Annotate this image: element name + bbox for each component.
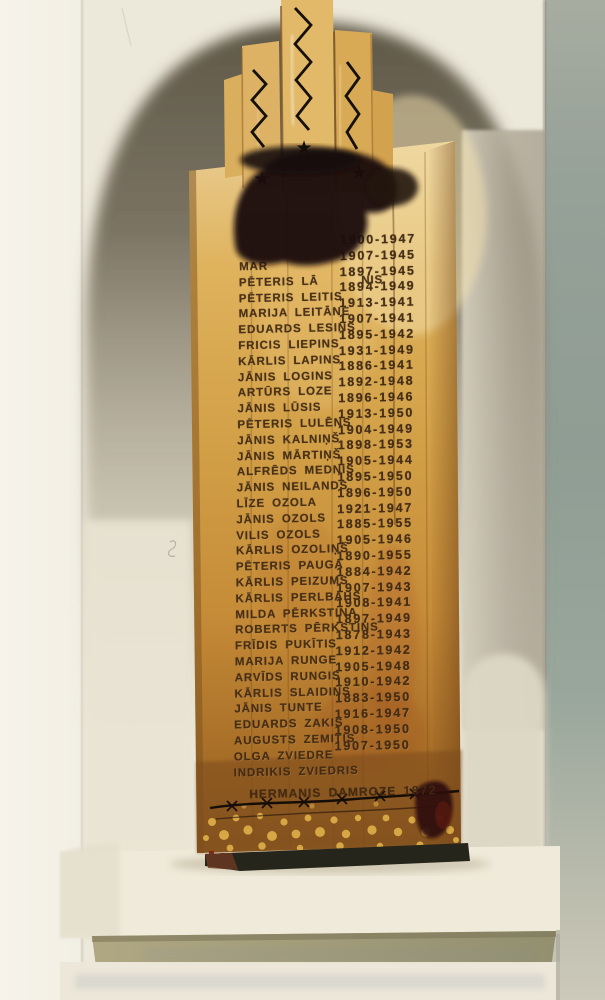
memorial-years: 1894-1949 [339,279,415,295]
memorial-years: 1897-1949 [336,611,412,627]
print-bleedthrough [75,974,545,989]
memorial-years: 1897-1945 [340,263,416,279]
memorial-row: KĀRLIS SLAIDINS 1905-1948 [198,664,350,683]
star-icon: ★ [350,162,367,184]
memorial-years: 1896-1946 [338,390,414,406]
memorial-years: 1907-1950 [334,737,410,753]
memorial-years: 1898-1953 [338,437,414,453]
memorial-years: 1900-1947 [340,232,416,248]
memorial-years: 1905-1944 [338,453,414,469]
star-icon: ★ [295,137,312,159]
memorial-years: 1885-1955 [337,516,413,532]
memorial-years: 1904-1949 [338,421,414,437]
star-icon: ★ [253,168,270,190]
photo-of-memorial-plaque-in-niche: ★ ★ ★ HERMANIS DAMROZE1872 MAR 1900-1947… [0,0,605,1000]
memorial-years: 1931-1949 [339,342,415,358]
memorial-years: 1884-1942 [336,563,412,579]
memorial-years: 1883-1950 [335,690,411,706]
memorial-years: 1878-1943 [336,627,412,643]
memorial-years: 1886-1941 [339,358,415,374]
memorial-years: 1916-1947 [335,706,411,722]
print-bleedthrough [145,948,535,961]
memorial-years: 1895-1942 [339,326,415,342]
memorial-years: 1913-1941 [339,295,415,311]
memorial-name-list: HERMANIS DAMROZE1872 MAR 1900-1947 PĒTER… [203,235,477,800]
memorial-row: MAR 1900-1947 [203,239,268,256]
memorial-years: 1896-1950 [337,484,413,500]
memorial-years: 1905-1948 [335,658,411,674]
memorial-years: 1907-1941 [339,311,415,327]
memorial-years: 1907-1945 [340,247,416,263]
memorial-name: HERMANIS DAMROZE [249,784,396,801]
memorial-years: 1890-1955 [337,548,413,564]
memorial-years: 1913-1950 [338,405,414,421]
memorial-years: 1908-1950 [335,722,411,738]
memorial-years: 1908-1941 [336,595,412,611]
memorial-years: 1912-1942 [335,643,411,659]
memorial-years: 1895-1950 [337,469,413,485]
memorial-years: 1872 [403,783,437,798]
memorial-years: 1905-1946 [337,532,413,548]
memorial-row: JĀNIS NEILANDS 1905-1944 [201,458,348,477]
memorial-years: 1910-1942 [335,674,411,690]
memorial-row: INDRIKIS ZVIEDRIS 1907-1950 [198,742,359,761]
memorial-years: 1907-1943 [336,579,412,595]
memorial-name: INDRIKIS ZVIEDRIS [234,764,359,779]
memorial-years: 1921-1947 [337,500,413,516]
memorial-years: 1892-1948 [338,374,414,390]
